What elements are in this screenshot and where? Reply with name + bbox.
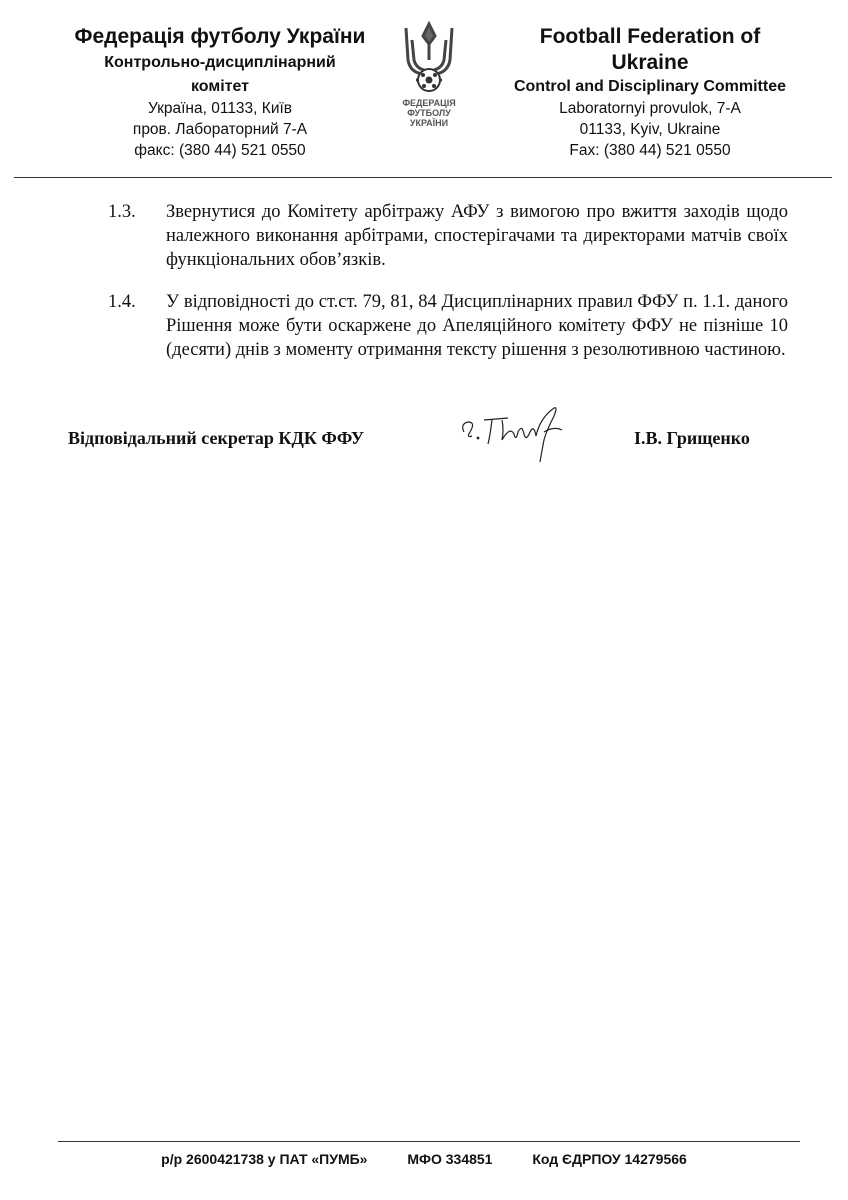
- committee-name-ua-line2: комітет: [40, 76, 400, 98]
- address-ua-line1: Україна, 01133, Київ: [40, 98, 400, 119]
- clause-text: У відповідності до ст.ст. 79, 81, 84 Дис…: [166, 290, 788, 362]
- clause-1-4: 1.4. У відповідності до ст.ст. 79, 81, 8…: [108, 290, 788, 362]
- committee-name-en: Control and Disciplinary Committee: [480, 76, 820, 98]
- bank-account: р/р 2600421738 у ПАТ «ПУМБ»: [161, 1151, 367, 1167]
- header-left: Федерація футболу України Контрольно-дис…: [40, 24, 400, 161]
- fax-ua: факс: (380 44) 521 0550: [40, 140, 400, 161]
- mfo-code: МФО 334851: [407, 1151, 492, 1167]
- header-divider: [14, 177, 832, 178]
- org-name-ua: Федерація футболу України: [40, 24, 400, 50]
- fax-en: Fax: (380 44) 521 0550: [480, 140, 820, 161]
- clause-1-3: 1.3. Звернутися до Комітету арбітражу АФ…: [108, 200, 788, 272]
- handwritten-signature-icon: [458, 406, 588, 466]
- signatory-name: І.В. Грищенко: [634, 428, 750, 449]
- footer-divider: [58, 1141, 800, 1142]
- address-ua-line2: пров. Лабораторний 7-А: [40, 119, 400, 140]
- clause-text: Звернутися до Комітету арбітражу АФУ з в…: [166, 200, 788, 272]
- header-right: Football Federation of Ukraine Control a…: [480, 24, 820, 161]
- clause-number: 1.4.: [108, 290, 136, 314]
- committee-name-ua-line1: Контрольно-дисциплінарний: [40, 52, 400, 74]
- signature-block: Відповідальний секретар КДК ФФУ І.В. Гри…: [68, 424, 788, 464]
- org-name-en-line2: Ukraine: [480, 50, 820, 76]
- address-en-line2: 01133, Kyiv, Ukraine: [480, 119, 820, 140]
- footer-bank-details: р/р 2600421738 у ПАТ «ПУМБ» МФО 334851 К…: [0, 1151, 848, 1167]
- ffu-logo: ФЕДЕРАЦІЯ ФУТБОЛУ УКРАЇНИ: [396, 20, 462, 150]
- clause-number: 1.3.: [108, 200, 136, 224]
- edrpou-code: Код ЄДРПОУ 14279566: [532, 1151, 686, 1167]
- address-en-line1: Laboratornyi provulok, 7-A: [480, 98, 820, 119]
- logo-caption: ФЕДЕРАЦІЯ ФУТБОЛУ УКРАЇНИ: [396, 98, 462, 128]
- org-name-en-line1: Football Federation of: [480, 24, 820, 50]
- signatory-title: Відповідальний секретар КДК ФФУ: [68, 428, 364, 449]
- trident-ball-icon: [396, 20, 462, 98]
